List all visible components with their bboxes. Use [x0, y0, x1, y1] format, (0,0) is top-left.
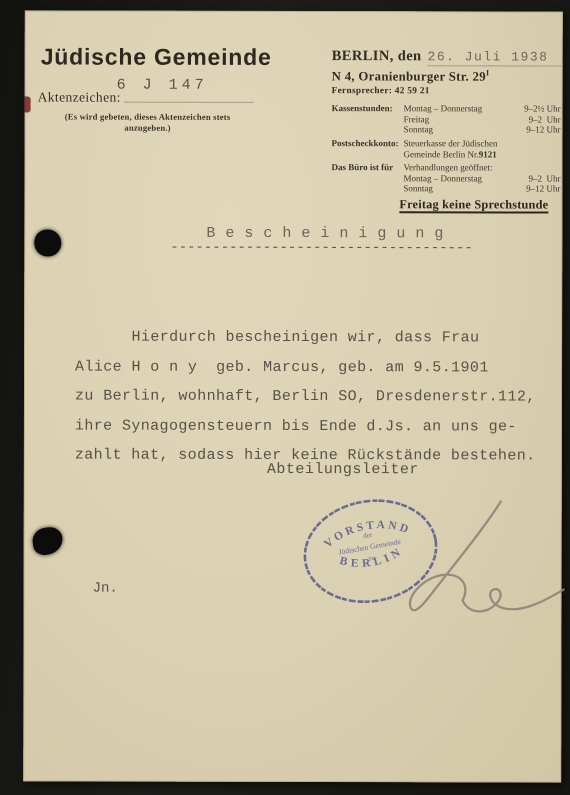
cash-hours-row: Kassenstunden: Montag – Donnerstag 9–2½ …	[332, 103, 561, 135]
hours-row: Freitag 9–2 Uhr	[404, 114, 561, 125]
body-line: ihre Synagogensteuern bis Ende d.Js. an …	[75, 411, 536, 441]
cash-hours-label: Kassenstunden:	[332, 103, 404, 135]
signature-stroke	[410, 501, 564, 611]
handwritten-signature	[338, 497, 570, 647]
street-address-text: N 4, Oranienburger Str. 29	[332, 69, 486, 83]
file-reference-note-line1: (Es wird gebeten, dieses Aktenzeichen st…	[38, 111, 258, 122]
hours-time: 9–2 Uhr	[528, 173, 560, 184]
office-open-hours: Montag – Donnerstag 9–2 Uhr Sonntag 9–12…	[403, 173, 560, 195]
typed-date: 26. Juli 1938	[428, 49, 561, 66]
body-line: zu Berlin, wohnhaft, Berlin SO, Dresdene…	[75, 382, 536, 412]
postal-account-value: Steuerkasse der Jüdischen Gemeinde Berli…	[403, 138, 560, 160]
hours-time: 9–12 Uhr	[526, 125, 560, 136]
punch-hole-bottom	[31, 526, 64, 557]
certificate-body: Hierdurch bescheinigen wir, dass Frau Al…	[75, 323, 536, 471]
postal-account-line2-text: Gemeinde Berlin Nr.	[403, 149, 478, 160]
postal-account-line1: Steuerkasse der Jüdischen	[404, 138, 561, 149]
red-edge-mark	[25, 96, 31, 112]
postal-account-label: Postscheckkonto:	[331, 138, 403, 159]
dotted-rule	[125, 90, 254, 103]
postal-account-number: 9121	[479, 149, 497, 160]
file-reference-note: (Es wird gebeten, dieses Aktenzeichen st…	[38, 111, 258, 132]
document-page: Jüdische Gemeinde 6 J 147 Aktenzeichen: …	[23, 10, 563, 782]
clerk-initials: Jn.	[93, 581, 118, 597]
hours-day: Sonntag	[404, 125, 434, 136]
punch-hole-top	[34, 229, 61, 256]
hours-day: Montag – Donnerstag	[404, 103, 483, 114]
hours-day: Montag – Donnerstag	[403, 173, 482, 184]
file-reference-row: Aktenzeichen:	[38, 89, 254, 105]
hours-row: Montag – Donnerstag 9–2½ Uhr	[404, 103, 561, 114]
office-open-row: Das Büro ist für Verhandlungen geöffnet:	[331, 162, 560, 173]
file-reference-label: Aktenzeichen:	[38, 89, 121, 105]
letterhead-right: BERLIN, den 26. Juli 1938 N 4, Oranienbu…	[331, 48, 560, 213]
hours-day: Freitag	[404, 114, 430, 125]
office-open-label: Das Büro ist für	[331, 162, 403, 173]
city-date-label: BERLIN, den	[332, 48, 422, 65]
friday-closed-notice: Freitag keine Sprechstunde	[399, 199, 548, 213]
phone-line: Fernsprecher: 42 59 21	[332, 86, 561, 96]
body-line: Hierdurch bescheinigen wir, dass Frau	[75, 323, 536, 353]
city-date-row: BERLIN, den 26. Juli 1938	[332, 48, 561, 66]
hours-row: Sonntag 9–12 Uhr	[404, 125, 561, 136]
organization-name: Jüdische Gemeinde	[41, 43, 272, 70]
hours-time: 9–2 Uhr	[529, 114, 561, 125]
postal-account-row: Postscheckkonto: Steuerkasse der Jüdisch…	[331, 138, 560, 160]
title-dashed-underline: ------------------------------------	[170, 240, 472, 257]
hours-time: 9–2½ Uhr	[524, 104, 561, 115]
file-reference-note-line2: anzugeben.)	[38, 122, 258, 133]
hours-day: Sonntag	[403, 184, 433, 195]
hours-row: Sonntag 9–12 Uhr	[403, 184, 560, 195]
signer-role: Abteilungsleiter	[267, 461, 419, 478]
hours-row: Montag – Donnerstag 9–2 Uhr	[403, 173, 560, 184]
office-info-block: Kassenstunden: Montag – Donnerstag 9–2½ …	[331, 103, 560, 213]
street-address: N 4, Oranienburger Str. 29I	[332, 68, 561, 85]
body-line: Alice H o n y geb. Marcus, geb. am 9.5.1…	[75, 352, 536, 382]
cash-hours-list: Montag – Donnerstag 9–2½ Uhr Freitag 9–2…	[404, 103, 561, 135]
address-floor-superscript: I	[486, 68, 489, 77]
postal-account-line2: Gemeinde Berlin Nr. 9121	[403, 149, 560, 160]
office-open-text: Verhandlungen geöffnet:	[403, 162, 560, 173]
hours-time: 9–12 Uhr	[526, 184, 560, 195]
